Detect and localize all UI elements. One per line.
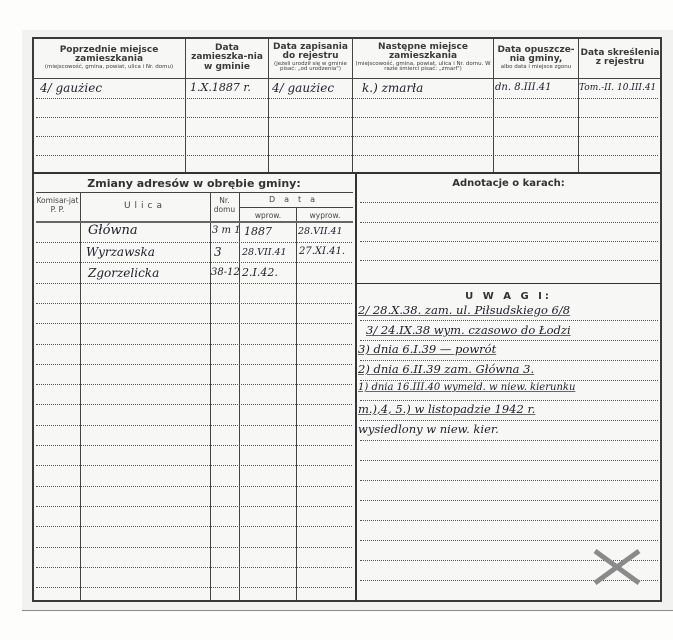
header-date-in: wprow. bbox=[240, 211, 296, 220]
ruling-line bbox=[360, 500, 658, 501]
street-value: Wyrzawska bbox=[86, 245, 155, 259]
ruling-line bbox=[360, 480, 658, 481]
ruling-line bbox=[360, 340, 658, 341]
date-in-value: 2.I.42. bbox=[242, 266, 278, 279]
date-out-value: 27.XI.41. bbox=[299, 246, 345, 257]
ruling-line bbox=[36, 384, 352, 385]
ruling-line bbox=[360, 520, 658, 521]
previous-residence-value: 4/ gaużiec bbox=[40, 81, 102, 95]
ruling-line bbox=[36, 425, 352, 426]
remark-line: 2/ 28.X.38. zam. ul. Piłsudskiego 6/8 bbox=[358, 303, 570, 317]
date-in-value: 28.VII.41 bbox=[242, 247, 287, 258]
header-registration-date: Data zapisania do rejestru (jeżeli urodz… bbox=[269, 39, 352, 77]
leave-date-value: dn. 8.III.41 bbox=[495, 82, 552, 93]
ruling-line bbox=[36, 323, 352, 324]
remark-line: 1) dnia 16.III.40 wymeld. w niew. kierun… bbox=[358, 382, 575, 393]
ruling-line bbox=[360, 360, 658, 361]
ruling-line bbox=[360, 440, 658, 441]
ruling-line bbox=[36, 567, 352, 568]
ruling-line bbox=[36, 486, 352, 487]
next-residence-value: k.) zmarła bbox=[362, 81, 423, 95]
street-value: Główna bbox=[88, 223, 138, 238]
house-number-value: 3 m 1 bbox=[212, 225, 241, 236]
remark-line: 3) dnia 6.I.39 — powrót bbox=[358, 342, 496, 356]
header-next-residence: Następne miejsce zamieszkania (miejscowo… bbox=[353, 39, 493, 77]
header-date: Data bbox=[240, 195, 353, 204]
remark-line: wysiedlony w niew. kier. bbox=[358, 422, 499, 436]
cross-mark-icon bbox=[592, 548, 642, 586]
ruling-line bbox=[360, 420, 658, 421]
ruling-line bbox=[360, 460, 658, 461]
ruling-line bbox=[36, 303, 352, 304]
ruling-line bbox=[360, 380, 658, 381]
header-previous-residence: Poprzednie miejsce zamieszkania (miejsco… bbox=[34, 39, 184, 77]
house-number-value: 3 bbox=[214, 245, 222, 259]
ruling-line bbox=[36, 283, 352, 284]
header-house-number: Nr. domu bbox=[210, 197, 239, 214]
ruling-line bbox=[36, 364, 352, 365]
date-in-value: 1887 bbox=[244, 225, 272, 238]
remark-line: m.),4, 5.) w listopadzie 1942 r. bbox=[358, 402, 535, 416]
ruling-line bbox=[36, 262, 352, 263]
date-out-value: 28.VII.41 bbox=[298, 226, 343, 237]
remarks-title: U W A G I: bbox=[357, 291, 660, 302]
ruling-line bbox=[36, 344, 352, 345]
ruling-line bbox=[36, 404, 352, 405]
header-date-out: wyprow. bbox=[297, 211, 353, 220]
header-residence-date: Data zamieszka-nia w gminie bbox=[186, 39, 268, 77]
remark-line: 2) dnia 6.II.39 zam. Główna 3. bbox=[358, 362, 534, 376]
remark-line: 3/ 24.IX.38 wym. czasowo do Łodzi bbox=[366, 323, 571, 337]
street-value: Zgorzelicka bbox=[88, 266, 159, 280]
ruling-line bbox=[36, 547, 352, 548]
registration-date-value: 4/ gaużiec bbox=[272, 81, 334, 95]
header-deletion-date: Data skreślenia z rejestru bbox=[579, 39, 661, 77]
header-street: Ulica bbox=[80, 201, 210, 211]
ruling-line bbox=[36, 587, 352, 588]
ruling-line bbox=[360, 320, 658, 321]
ruling-line bbox=[36, 465, 352, 466]
residence-date-value: 1.X.1887 r. bbox=[190, 81, 251, 94]
ruling-line bbox=[36, 445, 352, 446]
header-leave-date: Data opuszcze-nia gminy, albo data i mie… bbox=[494, 39, 578, 77]
address-changes-title: Zmiany adresów w obrębie gminy: bbox=[34, 177, 354, 190]
penalties-title: Adnotacje o karach: bbox=[357, 178, 660, 189]
ruling-line bbox=[360, 400, 658, 401]
house-number-value: 38-12 bbox=[211, 267, 240, 278]
ruling-line bbox=[36, 526, 352, 527]
deletion-date-value: Tom.-II. 10.III.41 bbox=[579, 83, 656, 93]
header-commissariat: Komisar-jat P. P. bbox=[35, 197, 80, 214]
ruling-line bbox=[36, 506, 352, 507]
ruling-line bbox=[36, 242, 352, 243]
ruling-line bbox=[360, 540, 658, 541]
